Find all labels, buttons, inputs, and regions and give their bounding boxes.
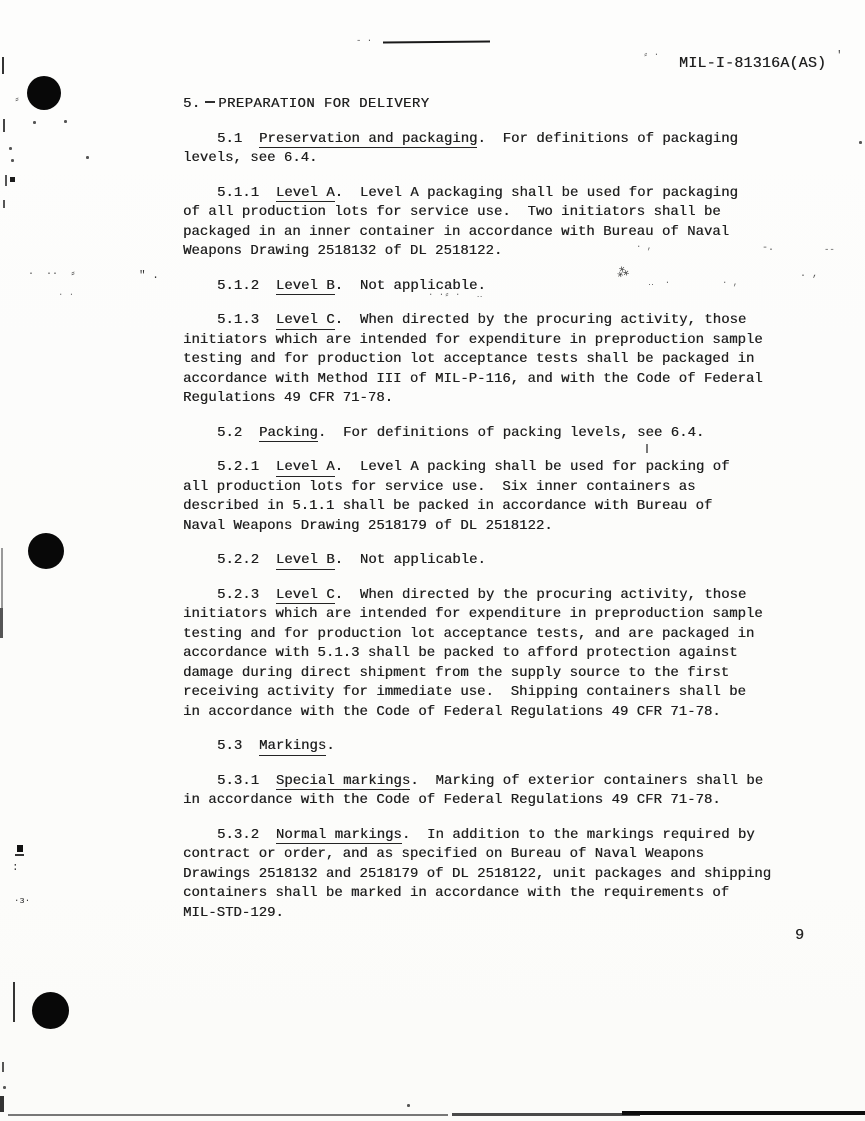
paragraph-5.2: 5.2 Packing. For definitions of packing … — [183, 424, 807, 444]
hole-punch-mark — [27, 76, 61, 110]
scan-artifact: ‥ · — [648, 279, 670, 288]
paragraph-line: levels, see 6.4. — [183, 149, 807, 169]
paragraph-5.3.1: 5.3.1 Special markings. Marking of exter… — [183, 772, 807, 811]
scan-artifact — [2, 1062, 4, 1072]
scan-artifact: " . — [139, 271, 159, 282]
paragraph-line: packaged in an inner container in accord… — [183, 223, 807, 243]
scan-artifact — [646, 444, 648, 453]
paragraph-5.2.2: 5.2.2 Level B. Not applicable. — [183, 551, 807, 571]
hole-punch-mark — [28, 533, 64, 569]
paragraph-line: receiving activity for immediate use. Sh… — [183, 683, 807, 703]
scan-artifact — [86, 156, 89, 159]
paragraph-line: initiators which are intended for expend… — [183, 605, 807, 625]
scan-artifact — [1, 548, 3, 610]
scan-artifact — [11, 159, 14, 162]
underlined-term: Level A — [276, 459, 335, 477]
section-heading: 5. PREPARATION FOR DELIVERY — [183, 95, 807, 115]
paragraph-line: 5.1.2 Level B. Not applicable. — [183, 277, 807, 297]
underlined-term: Markings — [259, 738, 326, 756]
scan-artifact: : — [12, 863, 19, 874]
scan-artifact: · , — [636, 243, 652, 252]
underlined-term: Level B — [276, 278, 335, 296]
scan-artifact — [407, 1104, 410, 1107]
underlined-term: Normal markings — [276, 827, 402, 845]
paragraph-line: accordance with 5.1.3 shall be packed to… — [183, 644, 807, 664]
paragraph-line: initiators which are intended for expend… — [183, 331, 807, 351]
document-body: 5. PREPARATION FOR DELIVERY 5.1 Preserva… — [183, 95, 807, 923]
scan-artifact — [3, 119, 5, 132]
scan-artifact — [2, 57, 4, 74]
scan-artifact — [0, 608, 3, 638]
scan-artifact — [64, 120, 67, 123]
paragraph-5.3.2: 5.3.2 Normal markings. In addition to th… — [183, 826, 807, 924]
underlined-term: Packing — [259, 425, 318, 443]
scan-artifact: · , — [722, 279, 738, 288]
paragraph-line: containers shall be marked in accordance… — [183, 884, 807, 904]
scan-artifact — [17, 845, 23, 852]
underlined-term: Level A — [276, 185, 335, 203]
paragraph-line: accordance with Method III of MIL-P-116,… — [183, 370, 807, 390]
paragraph-5.2.1: 5.2.1 Level A. Level A packing shall be … — [183, 458, 807, 536]
paragraph-line: 5.3 Markings. — [183, 737, 807, 757]
paragraph-5.1.3: 5.1.3 Level C. When directed by the proc… — [183, 311, 807, 409]
paragraph-line: 5.2.1 Level A. Level A packing shall be … — [183, 458, 807, 478]
page-number: 9 — [795, 927, 804, 944]
scan-artifact — [0, 1096, 4, 1112]
underlined-term: Preservation and packaging — [259, 131, 477, 149]
scan-artifact — [8, 1114, 448, 1116]
paragraph-5.3: 5.3 Markings. — [183, 737, 807, 757]
paragraph-line: 5.1.3 Level C. When directed by the proc… — [183, 311, 807, 331]
underlined-term: Level B — [276, 552, 335, 570]
paragraph-line: testing and for production lot acceptanc… — [183, 625, 807, 645]
paragraph-line: 5.2.3 Level C. When directed by the proc… — [183, 586, 807, 606]
scan-artifact: · ·⸗ · ‥ — [428, 291, 483, 300]
paragraph-line: 5.3.2 Normal markings. In addition to th… — [183, 826, 807, 846]
scan-artifact: ' — [836, 51, 843, 62]
paragraph-line: Regulations 49 CFR 71-78. — [183, 389, 807, 409]
paragraph-line: described in 5.1.1 shall be packed in ac… — [183, 497, 807, 517]
paragraph-5.1.1: 5.1.1 Level A. Level A packaging shall b… — [183, 184, 807, 262]
scan-artifact — [10, 177, 15, 182]
scan-artifact: -- — [824, 246, 835, 255]
paragraph-line: Weapons Drawing 2518132 of DL 2518122. — [183, 242, 807, 262]
paragraph-line: of all production lots for service use. … — [183, 203, 807, 223]
scan-artifact — [859, 141, 862, 144]
paragraph-line: testing and for production lot acceptanc… — [183, 350, 807, 370]
paragraph-line: 5.1 Preservation and packaging. For defi… — [183, 130, 807, 150]
document-reference-number: MIL-I-81316A(AS) — [679, 55, 826, 72]
scan-artifact: · · — [58, 291, 74, 300]
paragraph-line: MIL-STD-129. — [183, 904, 807, 924]
paragraph-line: 5.2 Packing. For definitions of packing … — [183, 424, 807, 444]
underlined-term: Special markings — [276, 773, 410, 791]
scan-artifact — [622, 1111, 865, 1115]
paragraph-line: in accordance with the Code of Federal R… — [183, 791, 807, 811]
paragraph-line: Drawings 2518132 and 2518179 of DL 25181… — [183, 865, 807, 885]
paragraph-line: contract or order, and as specified on B… — [183, 845, 807, 865]
underlined-term: Level C — [276, 312, 335, 330]
paragraph-5.2.3: 5.2.3 Level C. When directed by the proc… — [183, 586, 807, 723]
scan-artifact: . , — [800, 270, 818, 280]
scan-artifact — [33, 121, 36, 124]
scan-artifact — [3, 200, 5, 208]
scan-artifact: -. — [762, 244, 774, 254]
scan-artifact: ·ɜ· — [14, 897, 30, 906]
paragraph-line: damage during direct shipment from the s… — [183, 664, 807, 684]
scan-artifact — [452, 1113, 640, 1116]
paragraph-line: Naval Weapons Drawing 2518179 of DL 2518… — [183, 517, 807, 537]
scan-artifact — [205, 101, 215, 103]
paragraph-line: all production lots for service use. Six… — [183, 478, 807, 498]
scan-artifact — [5, 175, 7, 186]
underlined-term: Level C — [276, 587, 335, 605]
scan-artifact: ⸗ — [14, 96, 20, 106]
scan-artifact — [13, 982, 15, 1022]
paragraph-line: in accordance with the Code of Federal R… — [183, 703, 807, 723]
scan-artifact — [15, 854, 24, 856]
scan-artifact: - · — [356, 37, 372, 46]
paragraph-5.1.2: 5.1.2 Level B. Not applicable. — [183, 277, 807, 297]
scan-artifact: ⸗ · — [643, 51, 659, 60]
paragraph-line: 5.3.1 Special markings. Marking of exter… — [183, 772, 807, 792]
paragraph-line: 5.1.1 Level A. Level A packaging shall b… — [183, 184, 807, 204]
scan-artifact — [3, 1086, 6, 1089]
hole-punch-mark — [32, 992, 69, 1029]
scan-artifact — [9, 147, 12, 150]
scan-artifact: · ·· ⸗ — [28, 270, 76, 280]
paragraph-5.1: 5.1 Preservation and packaging. For defi… — [183, 130, 807, 169]
paragraph-line: 5.2.2 Level B. Not applicable. — [183, 551, 807, 571]
